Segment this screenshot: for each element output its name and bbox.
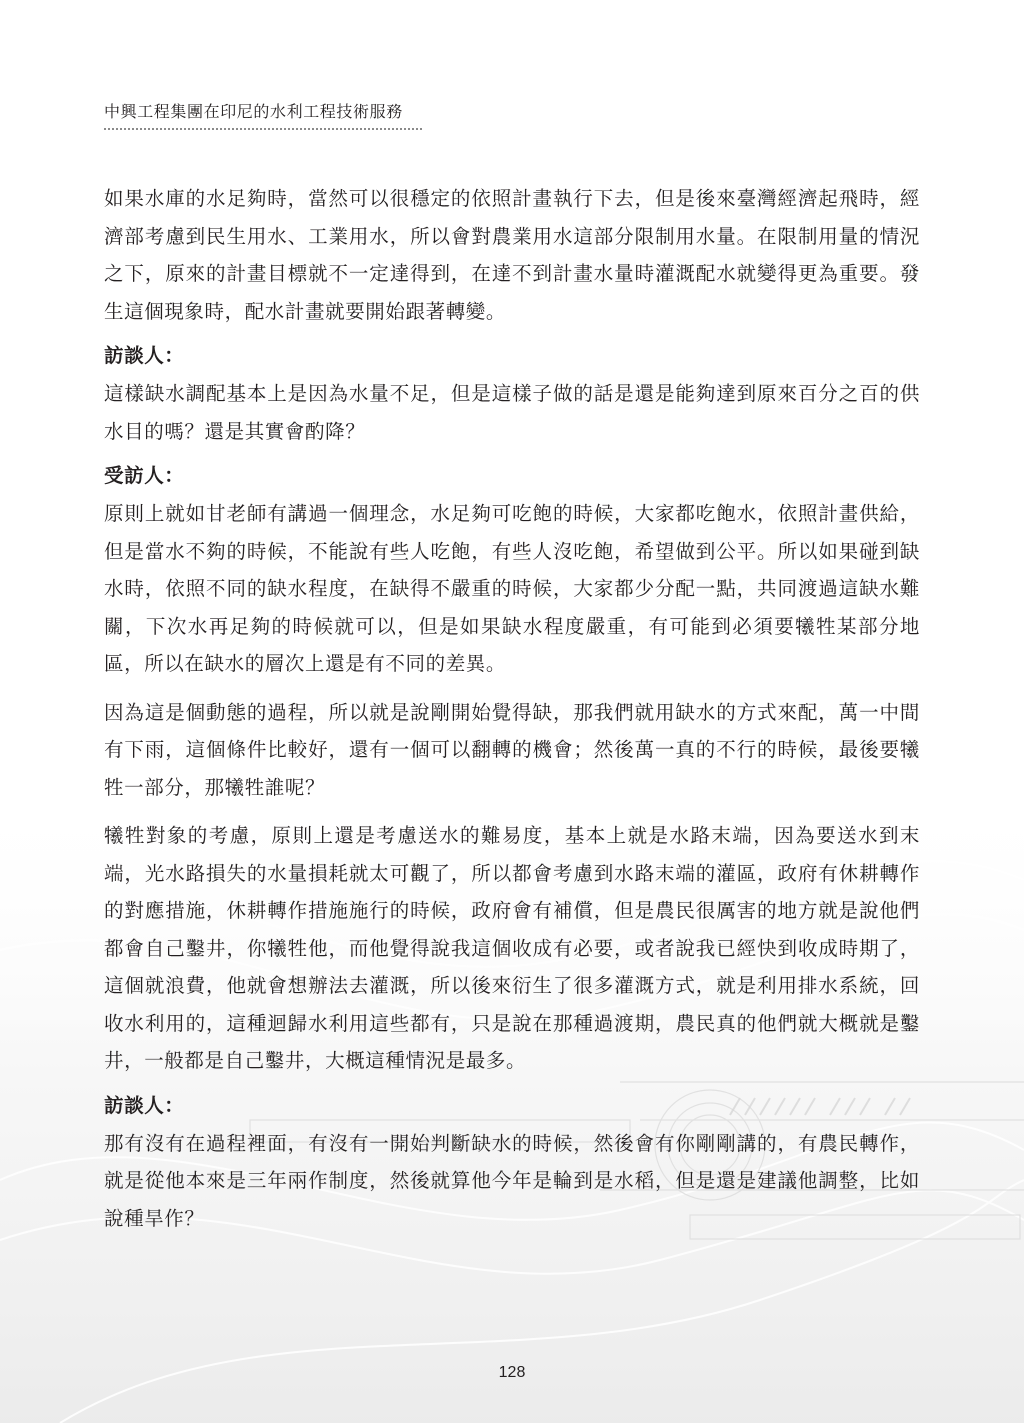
paragraph-1: 如果水庫的水足夠時，當然可以很穩定的依照計畫執行下去，但是後來臺灣經濟起飛時，經… — [104, 180, 920, 330]
paragraph-2: 這樣缺水調配基本上是因為水量不足，但是這樣子做的話是還是能夠達到原來百分之百的供… — [104, 375, 920, 450]
paragraph-5: 犧牲對象的考慮，原則上還是考慮送水的難易度，基本上就是水路末端，因為要送水到末端… — [104, 817, 920, 1080]
paragraph-6: 那有沒有在過程裡面，有沒有一開始判斷缺水的時候，然後會有你剛剛講的，有農民轉作，… — [104, 1125, 920, 1238]
paragraph-4: 因為這是個動態的過程，所以就是說剛開始覺得缺，那我們就用缺水的方式來配，萬一中間… — [104, 694, 920, 807]
running-header: 中興工程集團在印尼的水利工程技術服務 — [104, 102, 422, 130]
page-number: 128 — [0, 1364, 1024, 1382]
paragraph-3: 原則上就如甘老師有講過一個理念，水足夠可吃飽的時候，大家都吃飽水，依照計畫供給，… — [104, 495, 920, 683]
speaker-label-interviewee: 受訪人： — [104, 461, 920, 491]
header-dotted-rule — [104, 128, 422, 130]
speaker-label-interviewer: 訪談人： — [104, 1091, 920, 1121]
running-header-title: 中興工程集團在印尼的水利工程技術服務 — [104, 102, 422, 122]
speaker-label-interviewer: 訪談人： — [104, 341, 920, 371]
body-content: 如果水庫的水足夠時，當然可以很穩定的依照計畫執行下去，但是後來臺灣經濟起飛時，經… — [104, 180, 920, 1248]
